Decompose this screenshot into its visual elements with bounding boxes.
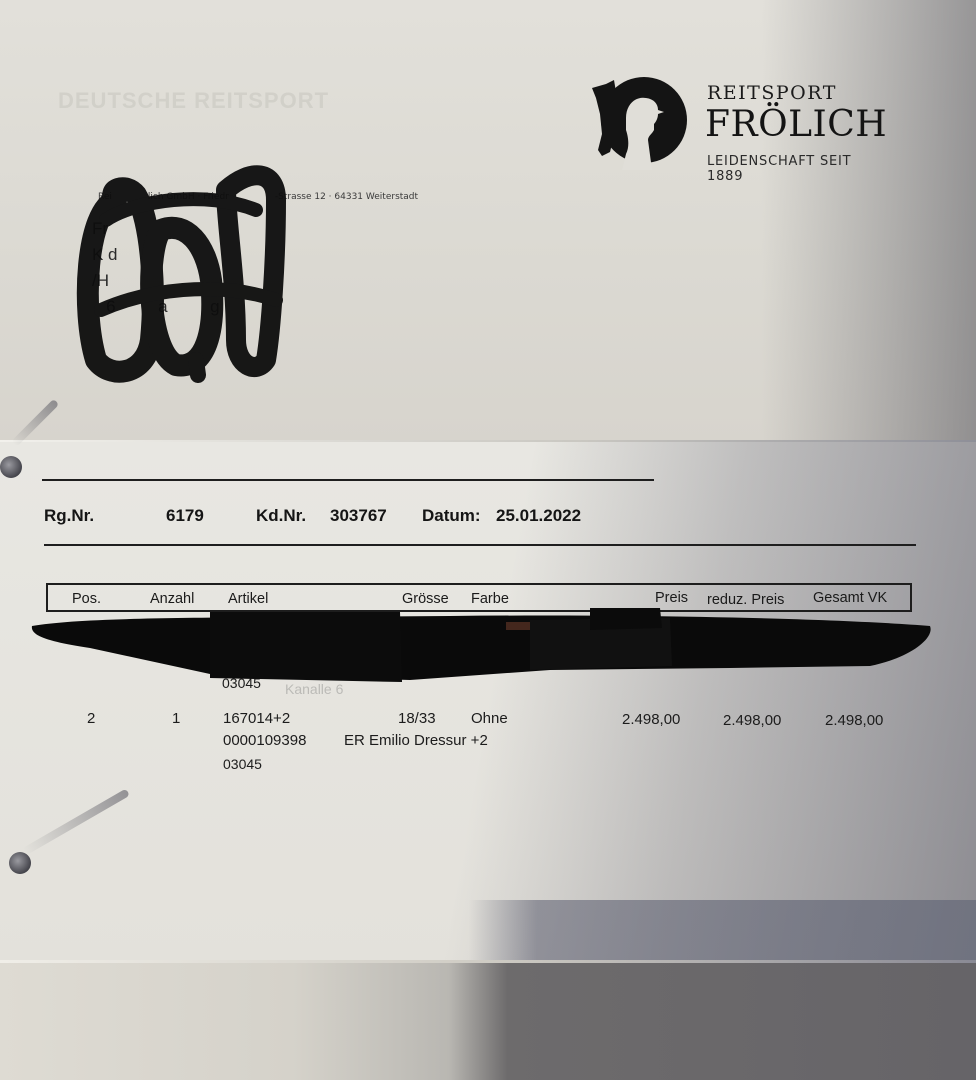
column-header-total: Gesamt VK [813,590,887,606]
ghost-letterhead-text: DEUTSCHE REITSPORT [58,88,329,114]
hole-punch [0,456,22,478]
column-header-article: Artikel [228,591,268,607]
row2-color: Ohne [471,710,508,727]
row2-pos: 2 [87,710,95,727]
column-header-color: Farbe [471,591,509,607]
invoice-number: 6179 [166,506,204,526]
paper-fold-line [0,960,976,963]
row2-article-number: 167014+2 [223,710,290,727]
horse-and-rider-silhouette-icon [592,74,688,170]
row2-article-ean: 0000109398 [223,732,306,749]
customer-number: 303767 [330,506,387,526]
row2-price: 2.498,00 [622,711,680,728]
letter-middle-section [0,440,976,965]
invoice-date: 25.01.2022 [496,506,581,526]
brand-tagline: LEIDENSCHAFT SEIT 1889 [707,154,892,184]
redaction-marker-bar [30,608,935,688]
row2-description: ER Emilio Dressur +2 [344,732,488,749]
column-header-price: Preis [655,590,688,606]
redaction-scribble [76,160,300,385]
shadow-overlay [0,900,976,962]
divider-line [44,544,916,546]
letter-lower-section [0,962,976,1080]
row2-total: 2.498,00 [825,712,883,729]
brand-name-top: REITSPORT [707,82,837,104]
column-header-quantity: Anzahl [150,591,194,607]
row2-article-code: 03045 [223,756,262,772]
brand-name-main: FRÖLICH [705,104,887,145]
row2-size: 18/33 [398,710,436,727]
invoice-number-label: Rg.Nr. [44,506,94,526]
customer-number-label: Kd.Nr. [256,506,306,526]
column-header-pos: Pos. [72,591,101,607]
hole-punch [9,852,31,874]
column-header-size: Grösse [402,591,449,607]
row2-quantity: 1 [172,710,180,727]
paper-fold-line [0,440,976,442]
brand-logo: REITSPORT FRÖLICH LEIDENSCHAFT SEIT 1889 [592,74,892,174]
date-label: Datum: [422,506,481,526]
divider-line [42,479,654,481]
column-header-reduced-price: reduz. Preis [707,592,784,608]
row2-reduced-price: 2.498,00 [723,712,781,729]
